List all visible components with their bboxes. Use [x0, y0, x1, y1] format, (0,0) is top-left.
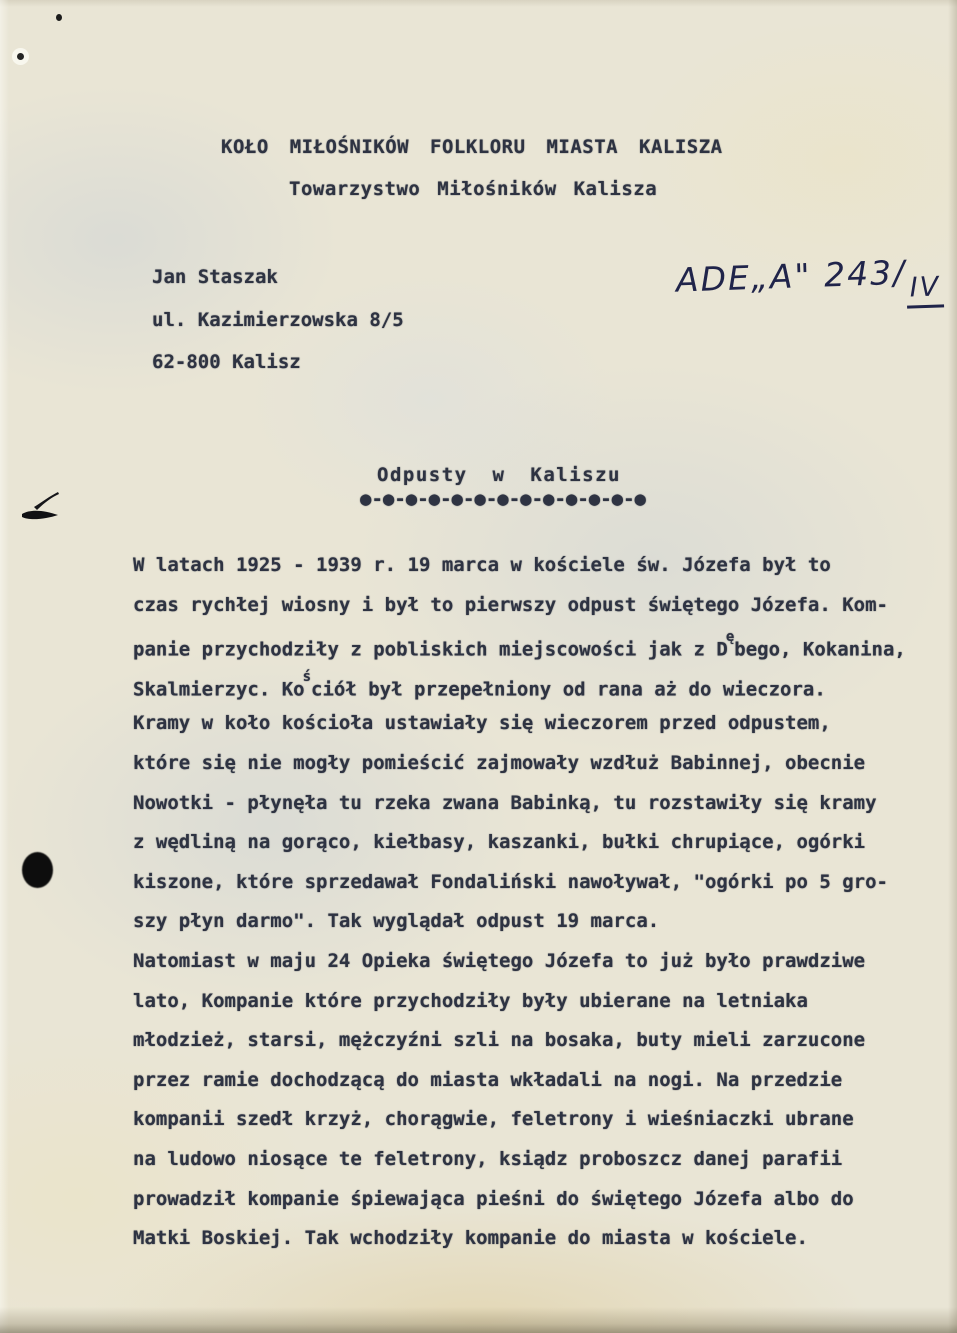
handwritten-archive-reference: ADE„A" 243/IV — [675, 251, 943, 303]
text-line: na ludowo niosące te feletrony, ksiądz p… — [133, 1140, 906, 1180]
organization-name-line1: KOŁO MIŁOŚNIKÓW FOLKLORU MIASTA KALISZA — [221, 136, 723, 158]
text-line: panie przychodziły z pobliskich miejscow… — [133, 625, 906, 665]
text-line: młodzież, starsi, mężczyźni szli na bosa… — [133, 1021, 906, 1061]
text-line: Matki Boskiej. Tak wchodziły kompanie do… — [133, 1219, 906, 1259]
scanned-document-page: KOŁO MIŁOŚNIKÓW FOLKLORU MIASTA KALISZA … — [0, 0, 957, 1333]
paper-speck — [17, 53, 24, 60]
scan-edge-bottom — [0, 1307, 957, 1333]
scan-edge-top — [0, 0, 957, 7]
text-segment: ciół był przepełniony od rana aż do wiec… — [311, 678, 826, 700]
ink-checkmark — [14, 490, 66, 526]
text-segment: Skalmierzyc. Ko — [133, 678, 305, 700]
text-segment: panie przychodziły z pobliskich miejscow… — [133, 639, 728, 661]
typed-superscript-correction: ś — [303, 669, 309, 685]
handwritten-ref-suffix: IV — [906, 271, 944, 308]
text-line: Natomiast w maju 24 Opieka świętego Józe… — [133, 942, 906, 982]
handwritten-ref-main: ADE„A" 243/ — [675, 253, 907, 300]
text-line: które się nie mogły pomieścić zajmowały … — [133, 744, 906, 784]
sender-name: Jan Staszak — [152, 266, 404, 309]
text-line: szy płyn darmo". Tak wyglądał odpust 19 … — [133, 902, 906, 942]
punch-hole-dot — [22, 852, 53, 888]
text-line: z wędliną na gorąco, kiełbasy, kaszanki,… — [133, 823, 906, 863]
scan-edge-left — [0, 0, 9, 1333]
paper-speck — [56, 14, 62, 21]
text-line: W latach 1925 - 1939 r. 19 marca w kości… — [133, 546, 906, 586]
text-line: prowadził kompanie śpiewająca pieśni do … — [133, 1180, 906, 1220]
sender-address-block: Jan Staszak ul. Kazimierzowska 8/5 62-80… — [152, 266, 404, 394]
text-line: Kramy w koło kościoła ustawiały się wiec… — [133, 704, 906, 744]
text-line: Nowotki - płynęła tu rzeka zwana Babinką… — [133, 784, 906, 824]
text-line: przez ramie dochodzącą do miasta wkładal… — [133, 1061, 906, 1101]
text-line: kiszone, które sprzedawał Fondaliński na… — [133, 863, 906, 903]
sender-city: 62-800 Kalisz — [152, 351, 404, 394]
text-segment: bego, Kokanina, — [734, 639, 906, 661]
scan-edge-right — [948, 0, 957, 1333]
sender-street: ul. Kazimierzowska 8/5 — [152, 309, 404, 352]
text-line: Skalmierzyc. Kościół był przepełniony od… — [133, 665, 906, 705]
text-line: czas rychłej wiosny i był to pierwszy od… — [133, 586, 906, 626]
typed-superscript-correction: ę — [726, 629, 732, 645]
text-line: lato, Kompanie które przychodziły były u… — [133, 982, 906, 1022]
document-title: Odpusty w Kaliszu — [377, 464, 621, 486]
organization-name-line2: Towarzystwo Miłośników Kalisza — [289, 178, 657, 200]
text-line: kompanii szedł krzyż, chorągwie, feletro… — [133, 1100, 906, 1140]
document-body: W latach 1925 - 1939 r. 19 marca w kości… — [133, 546, 906, 1259]
title-underline: ●-●-●-●-●-●-●-●-●-●-●-●-● — [360, 488, 646, 510]
